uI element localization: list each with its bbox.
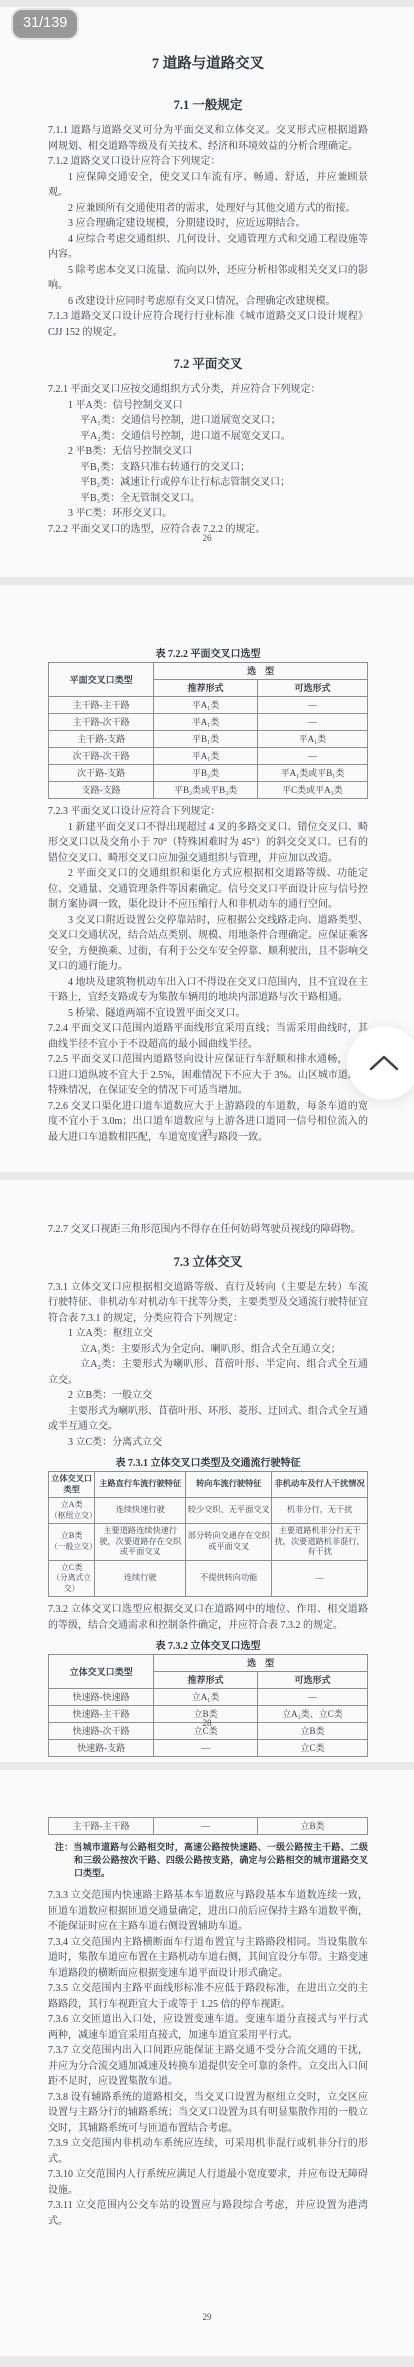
table-cell: 平A₁类: [154, 714, 258, 731]
table-cell: 部分转向交通存在交织或平面交叉: [186, 1524, 272, 1561]
list-item: 平B₁类：支路只准右转通行的交叉口；: [48, 460, 368, 476]
table-header-cell: 立体交叉口类型: [49, 1655, 154, 1689]
table-cell: —: [272, 1560, 368, 1597]
list-item: 平A₂类：交通信号控制，进口道不展宽交叉口。: [48, 429, 368, 445]
table-row: 立A类 （枢纽立交） 连续快速行驶 较少交织、无平面交叉 机非分行，无干扰: [49, 1498, 368, 1524]
table-header-cell: 转向车流行驶特征: [186, 1472, 272, 1498]
table-row: 支路-支路 平B₂类或平B₃类 平C类或平A₂类: [49, 782, 368, 799]
list-item: 主要形式为喇叭形、苜蓿叶形、环形、菱形、迂回式、组合式全互通或半互通立交。: [48, 1404, 368, 1435]
list-item: 4 应综合考虑交通组织、几何设计、交通管理方式和交通工程设施等内容。: [48, 232, 368, 263]
table-header-cell: 主路直行车流行驶特征: [95, 1472, 186, 1498]
list-item: 2 立B类：一般立交: [48, 1388, 368, 1404]
list-item: 4 地块及建筑物机动车出入口不得设在交叉口范围内，且不宜设在主干路上，宜经支路或…: [48, 975, 368, 1006]
table-cell: 支路-支路: [49, 782, 154, 799]
table-cell: 主干路-主干路: [49, 697, 154, 714]
table-cell: 快速路-支路: [49, 1740, 154, 1757]
table-7-3-1: 立体交叉口类型 主路直行车流行驶特征 转向车流行驶特征 非机动车及行人干扰情况 …: [48, 1471, 368, 1597]
table-title: 表 7.3.2 立体交叉口选型: [48, 1637, 368, 1652]
table-cell: 平A₁类: [154, 697, 258, 714]
list-item: 立A₂类：主要形式为喇叭形、苜蓿叶形、半定向、组合式全互通立交。: [48, 1357, 368, 1388]
clause-7-2-5: 7.2.5 平面交叉口范围内道路竖向设计应保证行车舒顺和排水通畅，交叉口进口道纵…: [48, 1052, 368, 1099]
list-item: 1 应保障交通安全，使交叉口车流有序、畅通、舒适，并应兼顾景观。: [48, 170, 368, 201]
table-cell: 立A类 （枢纽立交）: [49, 1498, 95, 1524]
clause-7-3-6: 7.3.6 立交匝道出入口处，应设置变速车道。变速车道分直接式与平行式两种，减速…: [48, 2012, 368, 2043]
table-cell: 快速路-快速路: [49, 1689, 154, 1706]
document-page: 7 道路与道路交叉 7.1 一般规定 7.1.1 道路与道路交叉可分为平面交叉和…: [0, 7, 414, 577]
table-cell: —: [257, 748, 367, 765]
table-7-2-2: 平面交叉口类型 选 型 推荐形式 可选形式 主干路-主干路 平A₁类 — 主干路…: [48, 662, 368, 799]
chapter-heading: 7 道路与道路交叉: [48, 52, 368, 73]
table-cell: 平B₂类或平B₃类: [154, 782, 258, 799]
cell-line: （一般立交）: [50, 1542, 93, 1553]
table-header-cell: 可选形式: [257, 680, 367, 697]
table-cell: 平A₁类: [257, 731, 367, 748]
table-cell: 平C类或平A₂类: [257, 782, 367, 799]
table-row: 主干路-主干路 平A₁类 —: [49, 697, 368, 714]
table-cell: 连续行驶: [95, 1560, 186, 1597]
clause-7-3-7: 7.3.7 立交范围内出入口间距应能保证主路交通不受分合流交通的干扰，并应为分合…: [48, 2043, 368, 2090]
table-cell: 立B类 （一般立交）: [49, 1524, 95, 1561]
back-to-top-button[interactable]: [347, 1026, 414, 1100]
table-row: 立C类 （分离式立交） 连续行驶 不提供转向功能 —: [49, 1560, 368, 1597]
clause-7-1-1: 7.1.1 道路与道路交叉可分为平面交叉和立体交叉。交叉形式应根据道路网规划、相…: [48, 123, 368, 154]
table-cell: —: [257, 714, 367, 731]
list-item: 平B₂类：减速让行或停车让行标志管制交叉口；: [48, 475, 368, 491]
list-item: 3 平C类：环形交叉口。: [48, 506, 368, 522]
clause-7-3-11: 7.3.11 立交范围内公交车站的设置应与路段综合考虑，并应设置为港湾式。: [48, 2198, 368, 2229]
document-page: 表 7.2.2 平面交叉口选型 平面交叉口类型 选 型 推荐形式 可选形式 主干…: [0, 585, 414, 1172]
table-cell: 次干路-支路: [49, 765, 154, 782]
table-cell: 机非分行，无干扰: [272, 1498, 368, 1524]
list-item: 1 立A类：枢纽立交: [48, 1326, 368, 1342]
table-cell: 平B₂类: [154, 765, 258, 782]
table-cell: 平A₁类或平B₁类: [257, 765, 367, 782]
table-cell: 主要道路连续快速行驶，次要道路存在交织或平面交叉: [95, 1524, 186, 1561]
clause-7-1-3: 7.1.3 道路交叉口设计应符合现行行业标准《城市道路交叉口设计规程》CJJ 1…: [48, 309, 368, 340]
list-item: 平A₁类：交通信号控制，进口道展宽交叉口；: [48, 413, 368, 429]
table-cell: 主干路-次干路: [49, 714, 154, 731]
table-header-cell: 推荐形式: [154, 1672, 258, 1689]
table-row: 主干路-支路 平B₁类 平A₁类: [49, 731, 368, 748]
page-separator: [0, 2356, 414, 2367]
list-item: 2 应兼顾所有交通使用者的需求，处理好与其他交通方式的衔接。: [48, 201, 368, 217]
table-row: 快速路-快速路 立A₁类 —: [49, 1689, 368, 1706]
page-separator: [0, 0, 414, 7]
clause-7-2-3: 7.2.3 平面交叉口设计应符合下列规定：: [48, 804, 368, 820]
list-item: 3 交叉口附近设置公交停靠站时，应根据公交线路走向、道路类型、交叉口交通状况，结…: [48, 913, 368, 975]
table-cell: —: [154, 1818, 258, 1835]
page-separator: [0, 1762, 414, 1770]
clause-7-3-4: 7.3.4 立交范围内主路横断面车行道布置宜与主路路段相同。当设集散车道时，集散…: [48, 1935, 368, 1982]
table-cell: —: [154, 1740, 258, 1757]
cell-line: 立B类: [50, 1531, 93, 1542]
cell-line: 立C类: [50, 1563, 93, 1574]
table-cell: 立C类 （分离式立交）: [49, 1560, 95, 1597]
table-row: 主干路-主干路 — 立B类: [49, 1818, 368, 1835]
list-item: 平B₃类：全无管制交叉口。: [48, 491, 368, 507]
table-cell: 平B₁类: [154, 731, 258, 748]
document-viewer: 31/139 7 道路与道路交叉 7.1 一般规定 7.1.1 道路与道路交叉可…: [0, 0, 414, 2367]
table-cell: —: [257, 1689, 367, 1706]
table-cell: 平A₁类: [154, 748, 258, 765]
list-item: 1 新建平面交叉口不得出现超过 4 叉的多路交叉口、错位交叉口、畸形交叉口以及交…: [48, 820, 368, 867]
table-header-cell: 推荐形式: [154, 680, 258, 697]
list-item: 1 平A类：信号控制交叉口: [48, 398, 368, 414]
cell-line: （枢纽立交）: [50, 1511, 93, 1522]
page-separator: [0, 577, 414, 585]
page-number: 29: [0, 2312, 414, 2322]
clause-7-3-10: 7.3.10 立交范围内人行系统应满足人行道最小宽度要求，并应布设无障碍设施。: [48, 2167, 368, 2198]
table-row: 次干路-次干路 平A₁类 —: [49, 748, 368, 765]
document-page: 主干路-主干路 — 立B类 注：当城市道路与公路相交时，高速公路按快速路、一级公…: [0, 1770, 414, 2356]
document-page: 7.2.7 交叉口视距三角形范围内不得存在任何妨碍驾驶员视线的障碍物。 7.3 …: [0, 1180, 414, 1762]
table-title: 表 7.2.2 平面交叉口选型: [48, 645, 368, 660]
clause-7-1-2: 7.1.2 道路交叉口设计应符合下列规定：: [48, 154, 368, 170]
section-heading-7-1: 7.1 一般规定: [48, 95, 368, 113]
clause-7-3-3: 7.3.3 立交范围内快速路主路基本车道数应与路段基本车道数连续一致，匝道车道数…: [48, 1888, 368, 1935]
table-cell: 连续快速行驶: [95, 1498, 186, 1524]
table-7-3-2: 立体交叉口类型 选 型 推荐形式 可选形式 快速路-快速路 立A₁类 — 快速路…: [48, 1654, 368, 1757]
chevron-up-icon: [368, 1054, 400, 1072]
table-header-cell: 选 型: [154, 663, 368, 680]
list-item: 3 立C类：分离式立交: [48, 1435, 368, 1451]
clause-7-3-9: 7.3.9 立交范围内非机动车系统应连续，可采用机非混行或机非分行的形式。: [48, 2136, 368, 2167]
page-separator: [0, 1172, 414, 1180]
page-number: 27: [0, 1128, 414, 1138]
table-row: 立B类 （一般立交） 主要道路连续快速行驶，次要道路存在交织或平面交叉 部分转向…: [49, 1524, 368, 1561]
table-header-cell: 可选形式: [257, 1672, 367, 1689]
page-indicator-badge: 31/139: [13, 10, 77, 38]
table-row: 快速路-支路 — 立C类: [49, 1740, 368, 1757]
table-7-3-2-continued: 主干路-主干路 — 立B类: [48, 1817, 368, 1835]
table-header-cell: 选 型: [154, 1655, 368, 1672]
page-number: 26: [0, 533, 414, 543]
list-item: 2 平B类：无信号控制交叉口: [48, 444, 368, 460]
cell-line: 立A类: [50, 1500, 93, 1511]
table-cell: 主干路-主干路: [49, 1818, 154, 1835]
list-item: 6 改建设计应同时考虑原有交叉口情况，合理确定改建规模。: [48, 294, 368, 310]
table-header-cell: 平面交叉口类型: [49, 663, 154, 697]
table-cell: 次干路-次干路: [49, 748, 154, 765]
table-header-cell: 非机动车及行人干扰情况: [272, 1472, 368, 1498]
table-title: 表 7.3.1 立体交叉口类型及交通流行驶特征: [48, 1454, 368, 1469]
table-note: 注：当城市道路与公路相交时，高速公路按快速路、一级公路按主干路、二级和三级公路按…: [48, 1841, 368, 1880]
clause-7-3-2: 7.3.2 立体交叉口选型应根据交叉口在道路网中的地位、作用、相交道路的等级，结…: [48, 1602, 368, 1633]
clause-7-3-5: 7.3.5 立交范围内主路平面线形标准不应低于路段标准，在进出立交的主路路段，其…: [48, 1981, 368, 2012]
page-number: 28: [0, 1718, 414, 1728]
table-row: 主干路-次干路 平A₁类 —: [49, 714, 368, 731]
clause-7-3-8: 7.3.8 设有辅路系统的道路相交，当交叉口设置为枢纽立交时，立交区应设置与主路…: [48, 2090, 368, 2137]
list-item: 3 应合理确定建设规模，分期建设时，应近远期结合。: [48, 216, 368, 232]
clause-7-2-4: 7.2.4 平面交叉口范围内道路平面线形宜采用直线；当需采用曲线时，其曲线半径不…: [48, 1021, 368, 1052]
table-cell: 立C类: [257, 1740, 367, 1757]
cell-line: （分离式立交）: [50, 1573, 93, 1594]
table-header-cell: 立体交叉口类型: [49, 1472, 95, 1498]
clause-7-2-7: 7.2.7 交叉口视距三角形范围内不得存在任何妨碍驾驶员视线的障碍物。: [48, 1222, 368, 1238]
section-heading-7-3: 7.3 立体交叉: [48, 1252, 368, 1270]
section-heading-7-2: 7.2 平面交叉: [48, 354, 368, 372]
table-cell: —: [257, 697, 367, 714]
list-item: 立A₁类：主要形式为全定向、喇叭形、组合式全互通立交；: [48, 1342, 368, 1358]
table-cell: 主要道路机非分行无干扰，次要道路机非混行，有干扰: [272, 1524, 368, 1561]
clause-7-3-1: 7.3.1 立体交叉口应根据相交道路等级、直行及转向（主要是左转）车流行驶特征、…: [48, 1280, 368, 1327]
table-cell: 立B类: [257, 1818, 367, 1835]
table-cell: 立A₁类: [154, 1689, 258, 1706]
list-item: 5 除考虑本交叉口流量、流向以外，还应分析相邻或相关交叉口的影响。: [48, 263, 368, 294]
clause-7-2-1: 7.2.1 平面交叉口应按交通组织方式分类，并应符合下列规定：: [48, 382, 368, 398]
table-row: 次干路-支路 平B₂类 平A₁类或平B₁类: [49, 765, 368, 782]
list-item: 2 平面交叉口的交通组织和渠化方式应根据相交道路等级、功能定位、交通量、交通管理…: [48, 866, 368, 913]
table-cell: 较少交织、无平面交叉: [186, 1498, 272, 1524]
clause-7-2-6: 7.2.6 交叉口渠化进口道车道数应大于上游路段的车道数，每条车道的宽度不宜小于…: [48, 1099, 368, 1146]
list-item: 5 桥梁、隧道两端不宜设置平面交叉口。: [48, 1006, 368, 1022]
table-cell: 不提供转向功能: [186, 1560, 272, 1597]
table-cell: 主干路-支路: [49, 731, 154, 748]
